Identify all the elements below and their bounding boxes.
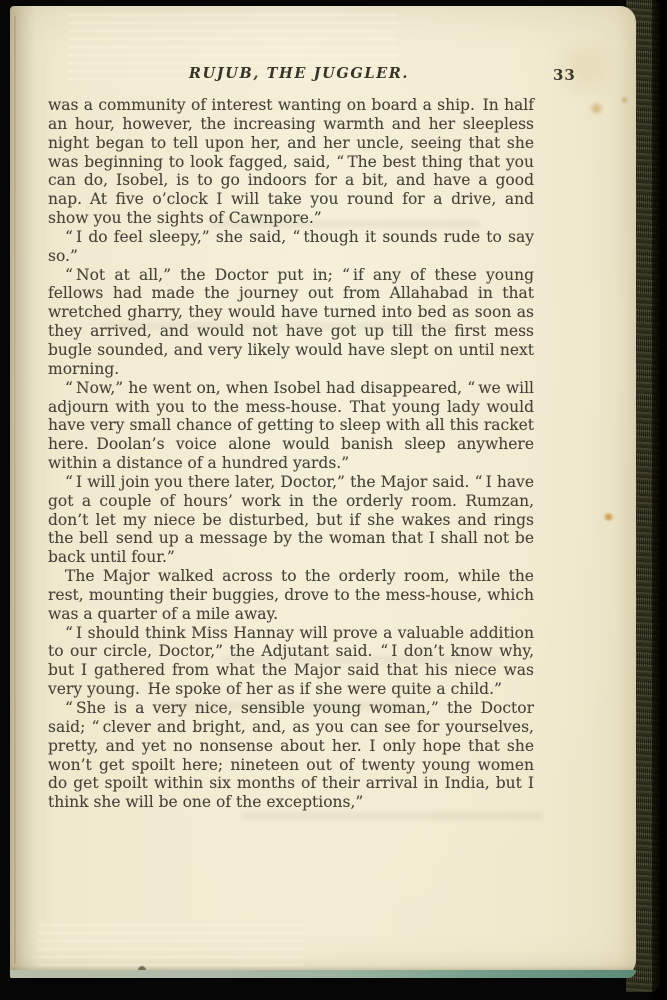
paragraph: “ I will join you there later, Doctor,” … [48,473,534,567]
paragraph: “ Now,” he went on, when Isobel had disa… [48,379,534,473]
paragraph: “ I should think Miss Hannay will prove … [48,624,534,699]
foxing-stain [602,513,615,521]
paragraph: was a community of interest wanting on b… [48,96,534,228]
ink-bleedthrough [242,812,542,820]
page-crease [14,16,16,964]
body-text: was a community of interest wanting on b… [48,96,534,812]
scan-shadow [652,0,667,1000]
page-bottom-edge [10,970,636,978]
paragraph: “ She is a very nice, sensible young wom… [48,699,534,812]
running-title: RUJUB, THE JUGGLER. [48,65,550,82]
foxing-stain [620,96,629,104]
paragraph: The Major walked across to the orderly r… [48,567,534,624]
paragraph: “ I do feel sleepy,” she said, “ though … [48,228,534,266]
foxing-stain [588,102,605,115]
book-page: RUJUB, THE JUGGLER. 33 was a community o… [10,6,636,978]
page-number: 33 [553,66,576,84]
paragraph: “ Not at all,” the Doctor put in; “ if a… [48,266,534,379]
scanner-streaks-bottom [38,924,303,972]
